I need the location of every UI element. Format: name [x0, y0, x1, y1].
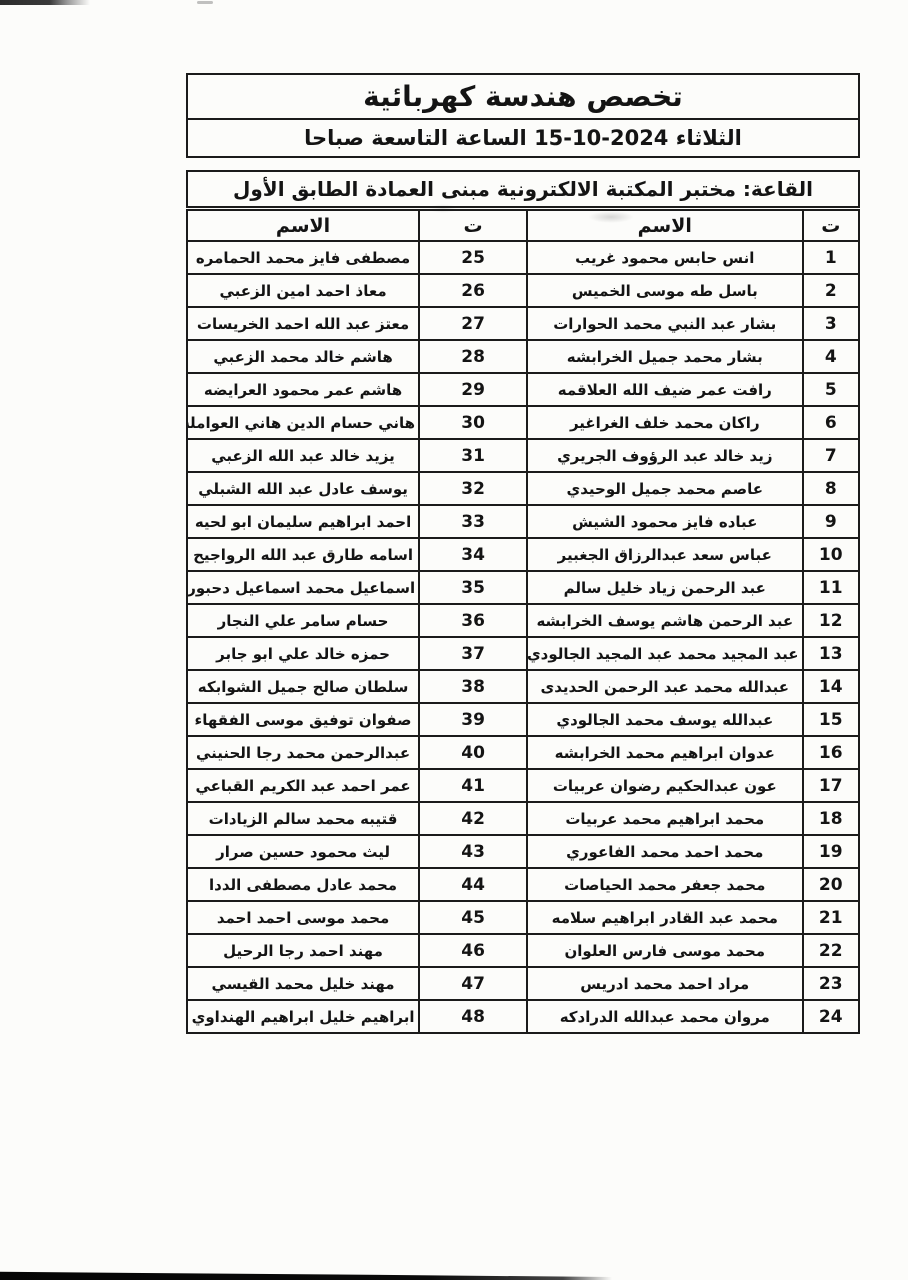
student-name-cell: محمد عبد القادر ابراهيم سلامه: [527, 901, 802, 934]
student-name-cell: مروان محمد عبدالله الدرادكه: [527, 1000, 802, 1033]
seat-number-cell: 26: [419, 274, 527, 307]
student-name-cell: زيد خالد عبد الرؤوف الجريري: [527, 439, 802, 472]
student-name-cell: سلطان صالح جميل الشوابكه: [187, 670, 419, 703]
roster-table-body: 1انس حابس محمود غريب25مصطفى فايز محمد ال…: [187, 241, 859, 1033]
student-name-cell: عباس سعد عبدالرزاق الجغبير: [527, 538, 802, 571]
seat-number-cell: 8: [803, 472, 860, 505]
student-name-cell: احمد ابراهيم سليمان ابو لحيه: [187, 505, 419, 538]
page-title: تخصص هندسة كهربائية: [188, 75, 858, 120]
student-name-cell: مراد احمد محمد ادريس: [527, 967, 802, 1000]
student-name-cell: صفوان توفيق موسى الفقهاء: [187, 703, 419, 736]
seat-number-cell: 19: [803, 835, 860, 868]
student-row: 17عون عبدالحكيم رضوان عربيات41عمر احمد ع…: [187, 769, 859, 802]
student-name-cell: يزيد خالد عبد الله الزعبي: [187, 439, 419, 472]
seat-number-cell: 16: [803, 736, 860, 769]
student-row: 23مراد احمد محمد ادريس47مهند خليل محمد ا…: [187, 967, 859, 1000]
seat-number-cell: 2: [803, 274, 860, 307]
seat-number-cell: 31: [419, 439, 527, 472]
roster-table: ت الاسم ت الاسم 1انس حابس محمود غريب25مص…: [186, 209, 860, 1034]
seat-number-cell: 30: [419, 406, 527, 439]
student-row: 7زيد خالد عبد الرؤوف الجريري31يزيد خالد …: [187, 439, 859, 472]
seat-number-cell: 18: [803, 802, 860, 835]
student-name-cell: اسماعيل محمد اسماعيل دحبور: [187, 571, 419, 604]
seat-number-cell: 43: [419, 835, 527, 868]
student-row: 22محمد موسى فارس العلوان46مهند احمد رجا …: [187, 934, 859, 967]
student-name-cell: باسل طه موسى الخميس: [527, 274, 802, 307]
student-name-cell: رافت عمر ضيف الله العلاقمه: [527, 373, 802, 406]
seat-number-cell: 11: [803, 571, 860, 604]
student-name-cell: مصطفى فايز محمد الحمامره: [187, 241, 419, 274]
student-row: 3بشار عبد النبي محمد الحوارات27معتز عبد …: [187, 307, 859, 340]
student-row: 10عباس سعد عبدالرزاق الجغبير34اسامه طارق…: [187, 538, 859, 571]
seat-number-cell: 5: [803, 373, 860, 406]
student-name-cell: هاشم عمر محمود العرايضه: [187, 373, 419, 406]
seat-number-cell: 32: [419, 472, 527, 505]
student-row: 24مروان محمد عبدالله الدرادكه48ابراهيم خ…: [187, 1000, 859, 1033]
seat-number-cell: 36: [419, 604, 527, 637]
seat-number-cell: 46: [419, 934, 527, 967]
exam-datetime: الثلاثاء 2024-10-15 الساعة التاسعة صباحا: [188, 120, 858, 156]
student-row: 12عبد الرحمن هاشم يوسف الخرابشه36حسام سا…: [187, 604, 859, 637]
student-name-cell: عبد الرحمن هاشم يوسف الخرابشه: [527, 604, 802, 637]
col-header-serial-right: ت: [803, 210, 860, 241]
student-name-cell: محمد عادل مصطفى الددا: [187, 868, 419, 901]
seat-number-cell: 28: [419, 340, 527, 373]
seat-number-cell: 44: [419, 868, 527, 901]
col-header-serial-left: ت: [419, 210, 527, 241]
student-row: 11عبد الرحمن زياد خليل سالم35اسماعيل محم…: [187, 571, 859, 604]
student-name-cell: بشار محمد جميل الخرابشه: [527, 340, 802, 373]
student-row: 20محمد جعفر محمد الحياصات44محمد عادل مصط…: [187, 868, 859, 901]
student-name-cell: حسام سامر علي النجار: [187, 604, 419, 637]
student-name-cell: عبدالله يوسف محمد الجالودي: [527, 703, 802, 736]
student-row: 16عدوان ابراهيم محمد الخرابشه40عبدالرحمن…: [187, 736, 859, 769]
room-label: القاعة: مختبر المكتبة الالكترونية مبنى ا…: [233, 177, 813, 201]
header-box: تخصص هندسة كهربائية الثلاثاء 2024-10-15 …: [186, 73, 860, 158]
seat-number-cell: 41: [419, 769, 527, 802]
seat-number-cell: 29: [419, 373, 527, 406]
student-name-cell: قتيبه محمد سالم الزيادات: [187, 802, 419, 835]
student-row: 18محمد ابراهيم محمد عربيات42قتيبه محمد س…: [187, 802, 859, 835]
student-name-cell: بشار عبد النبي محمد الحوارات: [527, 307, 802, 340]
seat-number-cell: 45: [419, 901, 527, 934]
student-name-cell: عبد المجيد محمد عبد المجيد الجالودي: [527, 637, 802, 670]
student-name-cell: اسامه طارق عبد الله الرواجيح: [187, 538, 419, 571]
student-name-cell: حمزه خالد علي ابو جابر: [187, 637, 419, 670]
seat-number-cell: 48: [419, 1000, 527, 1033]
student-row: 8عاصم محمد جميل الوحيدي32يوسف عادل عبد ا…: [187, 472, 859, 505]
student-row: 4بشار محمد جميل الخرابشه28هاشم خالد محمد…: [187, 340, 859, 373]
student-name-cell: محمد موسى احمد احمد: [187, 901, 419, 934]
student-name-cell: محمد ابراهيم محمد عربيات: [527, 802, 802, 835]
seat-number-cell: 23: [803, 967, 860, 1000]
seat-number-cell: 14: [803, 670, 860, 703]
student-name-cell: ابراهيم خليل ابراهيم الهنداوي: [187, 1000, 419, 1033]
col-header-name-right: الاسم: [527, 210, 802, 241]
seat-number-cell: 12: [803, 604, 860, 637]
seat-number-cell: 20: [803, 868, 860, 901]
col-header-name-left: الاسم: [187, 210, 419, 241]
scanned-exam-roster-page: تخصص هندسة كهربائية الثلاثاء 2024-10-15 …: [0, 0, 908, 1280]
seat-number-cell: 17: [803, 769, 860, 802]
student-name-cell: هاشم خالد محمد الزعبي: [187, 340, 419, 373]
seat-number-cell: 1: [803, 241, 860, 274]
student-row: 21محمد عبد القادر ابراهيم سلامه45محمد مو…: [187, 901, 859, 934]
seat-number-cell: 40: [419, 736, 527, 769]
student-row: 14عبدالله محمد عبد الرحمن الحديدى38سلطان…: [187, 670, 859, 703]
student-name-cell: محمد جعفر محمد الحياصات: [527, 868, 802, 901]
student-row: 13عبد المجيد محمد عبد المجيد الجالودي37ح…: [187, 637, 859, 670]
scan-speck-top: [197, 1, 213, 4]
student-name-cell: عمر احمد عبد الكريم القباعي: [187, 769, 419, 802]
seat-number-cell: 9: [803, 505, 860, 538]
seat-number-cell: 22: [803, 934, 860, 967]
student-name-cell: يوسف عادل عبد الله الشبلي: [187, 472, 419, 505]
student-name-cell: مهند خليل محمد القيسي: [187, 967, 419, 1000]
seat-number-cell: 3: [803, 307, 860, 340]
student-row: 15عبدالله يوسف محمد الجالودي39صفوان توفي…: [187, 703, 859, 736]
student-row: 1انس حابس محمود غريب25مصطفى فايز محمد ال…: [187, 241, 859, 274]
seat-number-cell: 25: [419, 241, 527, 274]
room-box: القاعة: مختبر المكتبة الالكترونية مبنى ا…: [186, 170, 860, 208]
seat-number-cell: 6: [803, 406, 860, 439]
student-name-cell: عبدالرحمن محمد رجا الحنيني: [187, 736, 419, 769]
table-header-row: ت الاسم ت الاسم: [187, 210, 859, 241]
student-name-cell: محمد احمد محمد الفاعوري: [527, 835, 802, 868]
seat-number-cell: 15: [803, 703, 860, 736]
seat-number-cell: 38: [419, 670, 527, 703]
student-name-cell: محمد موسى فارس العلوان: [527, 934, 802, 967]
student-name-cell: عاصم محمد جميل الوحيدي: [527, 472, 802, 505]
seat-number-cell: 24: [803, 1000, 860, 1033]
scan-band-bottom: [0, 1270, 612, 1280]
student-name-cell: عون عبدالحكيم رضوان عربيات: [527, 769, 802, 802]
student-name-cell: عباده فايز محمود الشيش: [527, 505, 802, 538]
student-name-cell: معتز عبد الله احمد الخريسات: [187, 307, 419, 340]
seat-number-cell: 39: [419, 703, 527, 736]
seat-number-cell: 35: [419, 571, 527, 604]
student-name-cell: عبدالله محمد عبد الرحمن الحديدى: [527, 670, 802, 703]
seat-number-cell: 13: [803, 637, 860, 670]
seat-number-cell: 4: [803, 340, 860, 373]
student-row: 9عباده فايز محمود الشيش33احمد ابراهيم سل…: [187, 505, 859, 538]
seat-number-cell: 7: [803, 439, 860, 472]
student-row: 5رافت عمر ضيف الله العلاقمه29هاشم عمر مح…: [187, 373, 859, 406]
seat-number-cell: 42: [419, 802, 527, 835]
student-row: 19محمد احمد محمد الفاعوري43ليث محمود حسي…: [187, 835, 859, 868]
seat-number-cell: 10: [803, 538, 860, 571]
student-row: 2باسل طه موسى الخميس26معاذ احمد امين الز…: [187, 274, 859, 307]
scan-smudge-top-left: [0, 0, 90, 5]
student-name-cell: عبد الرحمن زياد خليل سالم: [527, 571, 802, 604]
student-name-cell: مهند احمد رجا الرحيل: [187, 934, 419, 967]
roster-table-wrap: ت الاسم ت الاسم 1انس حابس محمود غريب25مص…: [186, 209, 860, 1034]
student-name-cell: معاذ احمد امين الزعبي: [187, 274, 419, 307]
seat-number-cell: 34: [419, 538, 527, 571]
student-name-cell: عدوان ابراهيم محمد الخرابشه: [527, 736, 802, 769]
seat-number-cell: 33: [419, 505, 527, 538]
seat-number-cell: 21: [803, 901, 860, 934]
student-row: 6راكان محمد خلف الغراغير30هاني حسام الدي…: [187, 406, 859, 439]
seat-number-cell: 27: [419, 307, 527, 340]
student-name-cell: ليث محمود حسين صرار: [187, 835, 419, 868]
student-name-cell: راكان محمد خلف الغراغير: [527, 406, 802, 439]
seat-number-cell: 47: [419, 967, 527, 1000]
seat-number-cell: 37: [419, 637, 527, 670]
student-name-cell: انس حابس محمود غريب: [527, 241, 802, 274]
student-name-cell: هاني حسام الدين هاني العوامله: [187, 406, 419, 439]
